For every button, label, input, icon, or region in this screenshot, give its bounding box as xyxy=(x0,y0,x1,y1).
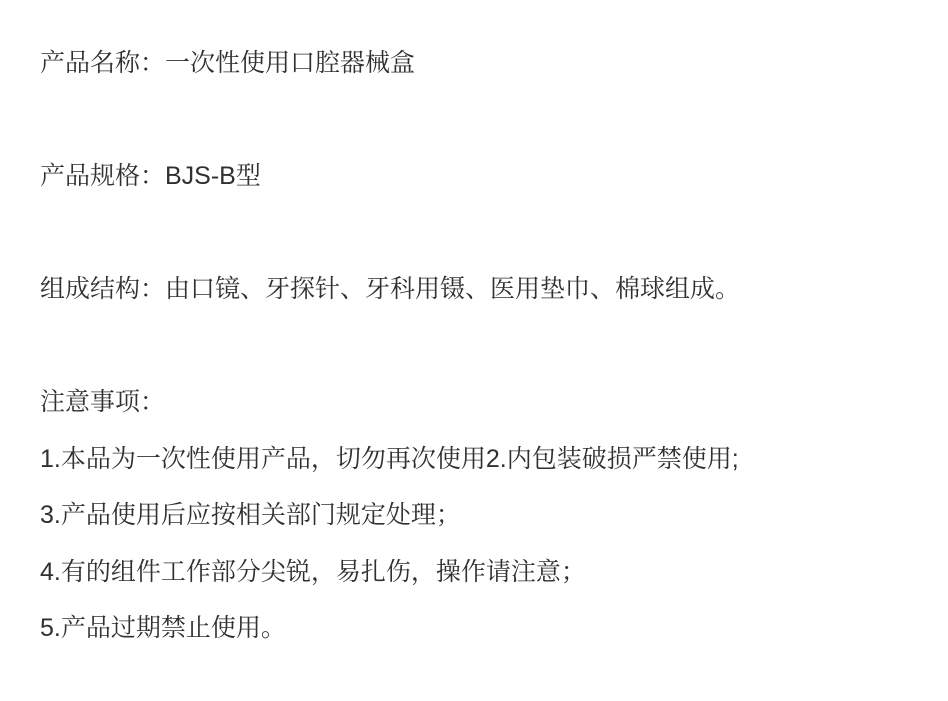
product-description-document: 产品名称：一次性使用口腔器械盒 产品规格：BJS-B型 组成结构：由口镜、牙探针… xyxy=(0,0,948,701)
composition-line: 组成结构：由口镜、牙探针、牙科用镊、医用垫巾、棉球组成。 xyxy=(40,261,918,318)
product-spec-line: 产品规格：BJS-B型 xyxy=(40,148,918,205)
note-line-3: 4.有的组件工作部分尖锐，易扎伤，操作请注意； xyxy=(40,544,918,601)
note-line-4: 5.产品过期禁止使用。 xyxy=(40,600,918,657)
note-line-2: 3.产品使用后应按相关部门规定处理； xyxy=(40,487,918,544)
note-line-1: 1.本品为一次性使用产品，切勿再次使用2.内包装破损严禁使用; xyxy=(40,431,918,488)
notes-title: 注意事项： xyxy=(40,374,918,431)
product-name-line: 产品名称：一次性使用口腔器械盒 xyxy=(40,35,918,92)
